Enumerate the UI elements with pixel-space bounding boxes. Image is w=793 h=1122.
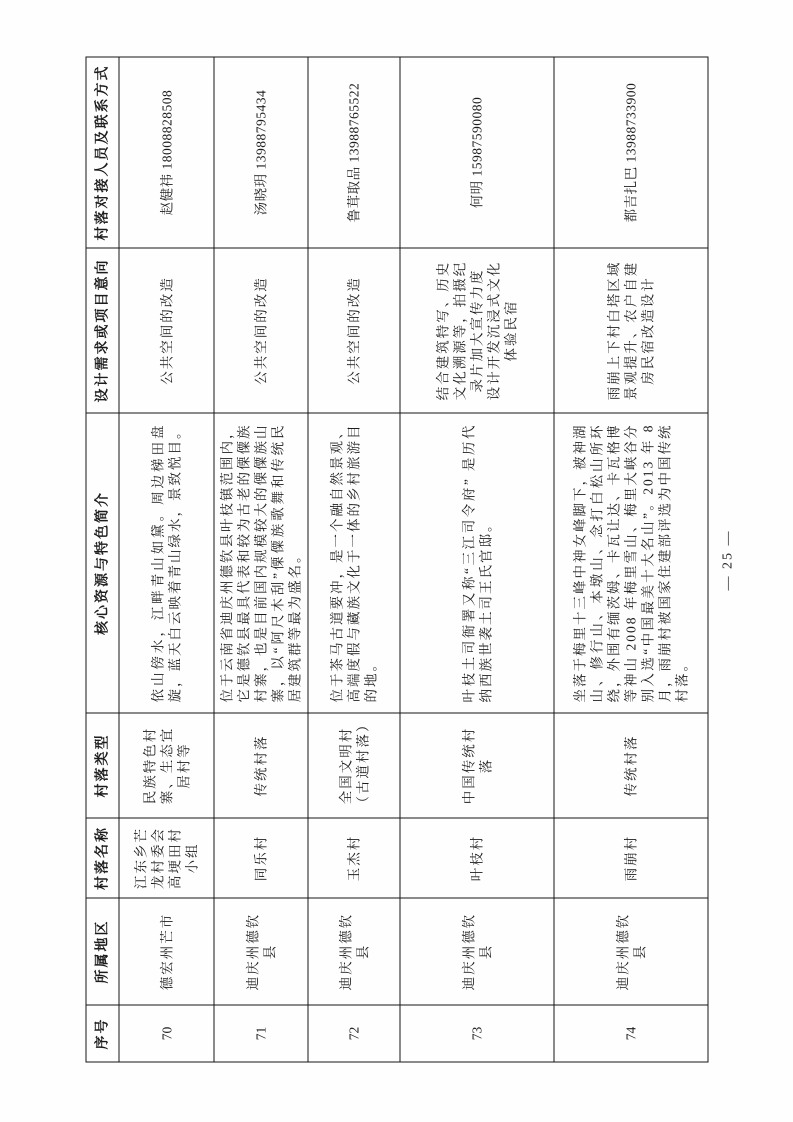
cell-village: 同乐村 bbox=[214, 818, 308, 898]
col-header-need: 设计需求或项目意向 bbox=[86, 248, 119, 413]
col-header-no: 序号 bbox=[86, 1005, 119, 1062]
cell-type: 传统村落 bbox=[214, 713, 308, 818]
cell-contact: 都吉扎巴 13988733900 bbox=[554, 57, 708, 248]
cell-type: 全国文明村（古道村落） bbox=[308, 713, 400, 818]
cell-need: 公共空间的改造 bbox=[119, 248, 214, 413]
cell-no: 70 bbox=[119, 1005, 214, 1062]
cell-region: 迪庆州德钦县 bbox=[308, 898, 400, 1005]
cell-village: 玉杰村 bbox=[308, 818, 400, 898]
cell-need: 公共空间的改造 bbox=[214, 248, 308, 413]
cell-region: 迪庆州德钦县 bbox=[400, 898, 554, 1005]
cell-type: 中国传统村落 bbox=[400, 713, 554, 818]
cell-village: 江东乡芒龙村委会高埂田村小组 bbox=[119, 818, 214, 898]
cell-contact: 何明 15987590080 bbox=[400, 57, 554, 248]
cell-no: 74 bbox=[554, 1005, 708, 1062]
cell-village: 叶枝村 bbox=[400, 818, 554, 898]
page-number: — 25 — bbox=[720, 529, 736, 590]
cell-contact: 鲁茸取品 13988765522 bbox=[308, 57, 400, 248]
cell-no: 71 bbox=[214, 1005, 308, 1062]
cell-no: 73 bbox=[400, 1005, 554, 1062]
cell-intro: 叶枝土司衙署又称“三江司令府” 是历代纳西族世袭土司王氏官邸。 bbox=[400, 413, 554, 713]
cell-intro: 位于云南省迪庆州德钦县叶枝镇范围内，它是德钦县最具代表和较为古老的傈僳族村寨，也… bbox=[214, 413, 308, 713]
page-footer: — 25 — bbox=[708, 57, 748, 1062]
col-header-intro: 核心资源与特色简介 bbox=[86, 413, 119, 713]
cell-no: 72 bbox=[308, 1005, 400, 1062]
table-row: 74 迪庆州德钦县 雨崩村 传统村落 坐落于梅里十三峰中神女峰脚下，被神湖山、修… bbox=[554, 57, 708, 1062]
table-row: 72 迪庆州德钦县 玉杰村 全国文明村（古道村落） 位于茶马古道要冲，是一个融自… bbox=[308, 57, 400, 1062]
cell-village: 雨崩村 bbox=[554, 818, 708, 898]
cell-region: 迪庆州德钦县 bbox=[554, 898, 708, 1005]
table-row: 70 德宏州芒市 江东乡芒龙村委会高埂田村小组 民族特色村寨、生态宜居村等 依山… bbox=[119, 57, 214, 1062]
col-header-region: 所属地区 bbox=[86, 898, 119, 1005]
village-table: 序号 所属地区 村落名称 村落类型 核心资源与特色简介 设计需求或项目意向 村落… bbox=[85, 56, 708, 1062]
col-header-village: 村落名称 bbox=[86, 818, 119, 898]
cell-contact: 赵健祎 18008828508 bbox=[119, 57, 214, 248]
table-row: 71 迪庆州德钦县 同乐村 传统村落 位于云南省迪庆州德钦县叶枝镇范围内，它是德… bbox=[214, 57, 308, 1062]
cell-type: 传统村落 bbox=[554, 713, 708, 818]
cell-need: 雨崩上下村白塔区域景观提升、农户自建房民宿改造设计 bbox=[554, 248, 708, 413]
cell-contact: 汤晓玥 13988795434 bbox=[214, 57, 308, 248]
table-header-row: 序号 所属地区 村落名称 村落类型 核心资源与特色简介 设计需求或项目意向 村落… bbox=[86, 57, 119, 1062]
cell-type: 民族特色村寨、生态宜居村等 bbox=[119, 713, 214, 818]
col-header-contact: 村落对接人员及联系方式 bbox=[86, 57, 119, 248]
cell-region: 德宏州芒市 bbox=[119, 898, 214, 1005]
cell-intro: 坐落于梅里十三峰中神女峰脚下，被神湖山、修行山、本墩山、念打白松山所环绕，外围有… bbox=[554, 413, 708, 713]
col-header-type: 村落类型 bbox=[86, 713, 119, 818]
rotated-content: 序号 所属地区 村落名称 村落类型 核心资源与特色简介 设计需求或项目意向 村落… bbox=[85, 57, 745, 1062]
cell-need: 公共空间的改造 bbox=[308, 248, 400, 413]
table-row: 73 迪庆州德钦县 叶枝村 中国传统村落 叶枝土司衙署又称“三江司令府” 是历代… bbox=[400, 57, 554, 1062]
cell-need: 结合建筑特写、历史文化溯源等，拍摄纪录片加大宣传力度 设计开发沉浸式文化体验民宿 bbox=[400, 248, 554, 413]
cell-region: 迪庆州德钦县 bbox=[214, 898, 308, 1005]
cell-intro: 位于茶马古道要冲，是一个融自然景观、高端度假与藏族文化于一体的乡村旅游目的地。 bbox=[308, 413, 400, 713]
document-page: 序号 所属地区 村落名称 村落类型 核心资源与特色简介 设计需求或项目意向 村落… bbox=[0, 0, 793, 1122]
cell-intro: 依山傍水，江畔青山如黛。周边梯田盘旋，蓝天白云映着青山绿水，景致悦目。 bbox=[119, 413, 214, 713]
